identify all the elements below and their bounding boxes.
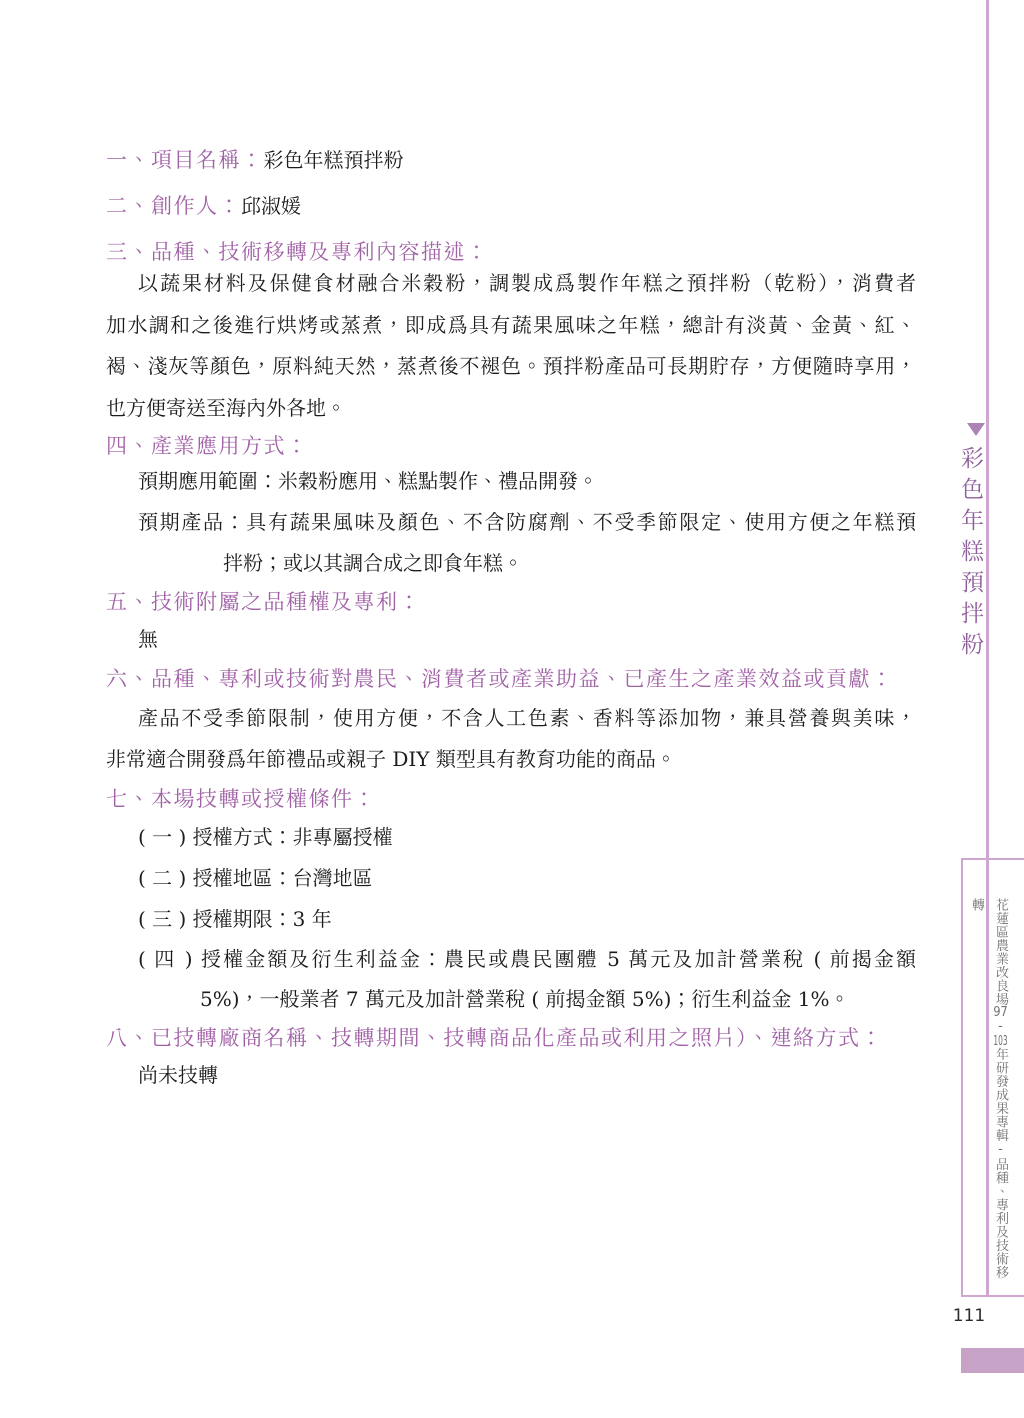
edition-box: 花蓮區農業改良場97-103年研發成果專輯-品種、專利及技術移轉 (961, 858, 1024, 1297)
section-6-paragraph-line: 非常適合開發爲年節禮品或親子 DIY 類型具有教育功能的商品。 (106, 748, 916, 772)
section-4-line: 預期應用範圍：米穀粉應用、糕點製作、禮品開發。 (138, 470, 916, 494)
edition-year-start: 97 (993, 1006, 1008, 1019)
section-2-label: 二、創作人： (106, 194, 241, 218)
document-page: 一、項目名稱：彩色年糕預拌粉 二、創作人：邱淑媛 三、品種、技術移轉及專利內容描… (0, 0, 1024, 1418)
section-2-value: 邱淑媛 (241, 194, 301, 218)
section-1-label: 一、項目名稱： (106, 148, 264, 172)
page-number: 111 (948, 1306, 990, 1326)
section-6-paragraph-line: 產品不受季節限制，使用方便，不含人工色素、香料等添加物，兼具營養與美味， (138, 707, 916, 731)
section-5-value: 無 (138, 628, 916, 652)
section-3-heading: 三、品種、技術移轉及專利內容描述： (106, 240, 916, 265)
section-7-heading: 七、本場技轉或授權條件： (106, 787, 916, 812)
section-1-title: 一、項目名稱：彩色年糕預拌粉 (106, 148, 916, 173)
section-7-subitem: ( 三 ) 授權期限：3 年 (138, 908, 916, 932)
margin-chapter-title: 彩色年糕預拌粉 (960, 446, 987, 663)
document-content: 一、項目名稱：彩色年糕預拌粉 二、創作人：邱淑媛 三、品種、技術移轉及專利內容描… (106, 0, 918, 1418)
section-4-line: 預期產品：具有蔬果風味及顏色、不含防腐劑、不受季節限定、使用方便之年糕預 (138, 511, 916, 535)
section-8-heading: 八、已技轉廠商名稱、技轉期間、技轉商品化產品或利用之照片）、連絡方式： (106, 1026, 916, 1051)
edition-year-end: 103 (993, 1035, 1008, 1048)
edition-part: 花蓮區農業改良場 (993, 898, 1008, 1006)
section-7-subitem: ( 一 ) 授權方式：非專屬授權 (138, 826, 916, 850)
section-7-subitem: ( 二 ) 授權地區：台灣地區 (138, 867, 916, 891)
section-8-value: 尚未技轉 (138, 1064, 916, 1088)
footer-accent-bar (961, 1348, 1024, 1373)
section-7-subitem: ( 四 ) 授權金額及衍生利益金：農民或農民團體 5 萬元及加計營業稅 ( 前揭… (138, 948, 916, 972)
section-4-line: 拌粉；或以其調合成之即食年糕。 (223, 552, 916, 576)
section-2-title: 二、創作人：邱淑媛 (106, 194, 916, 219)
edition-dash: - (993, 1019, 1008, 1035)
section-7-subitem-continuation: 5%)，一般業者 7 萬元及加計營業稅 ( 前揭金額 5%)；衍生利益金 1%。 (200, 988, 916, 1012)
section-3-paragraph-line: 以蔬果材料及保健食材融合米穀粉，調製成爲製作年糕之預拌粉（乾粉），消費者 (138, 272, 916, 296)
section-3-paragraph-line: 也方便寄送至海內外各地。 (106, 397, 916, 421)
section-6-heading: 六、品種、專利或技術對農民、消費者或產業助益、已產生之產業效益或貢獻： (106, 667, 916, 692)
section-1-value: 彩色年糕預拌粉 (264, 148, 404, 172)
section-3-paragraph-line: 加水調和之後進行烘烤或蒸煮，即成爲具有蔬果風味之年糕，總計有淡黃、金黃、紅、 (106, 314, 916, 338)
triangle-down-icon (967, 423, 985, 436)
edition-vertical-text: 花蓮區農業改良場97-103年研發成果專輯-品種、專利及技術移轉 (964, 898, 1012, 1290)
section-4-heading: 四、產業應用方式： (106, 434, 916, 459)
section-5-heading: 五、技術附屬之品種權及專利： (106, 590, 916, 615)
section-3-paragraph-line: 褐、淺灰等顏色，原料純天然，蒸煮後不褪色。預拌粉產品可長期貯存，方便隨時享用， (106, 355, 916, 379)
